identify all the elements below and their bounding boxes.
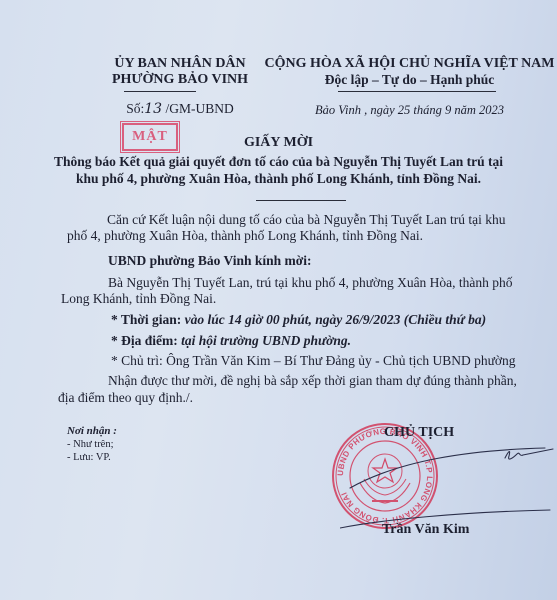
venue-value: tại hội trường UBND phường. (181, 333, 351, 348)
handwritten-signature-icon (340, 420, 557, 530)
basis-paragraph-line2: phố 4, phường Xuân Hòa, thành phố Long K… (67, 228, 423, 244)
invitee-line1: Bà Nguyễn Thị Tuyết Lan, trú tại khu phố… (108, 275, 513, 291)
invite-heading: UBND phường Bảo Vinh kính mời: (108, 253, 312, 269)
doc-number-handwritten: 13 (144, 101, 162, 117)
time-value: vào lúc 14 giờ 00 phút, ngày 26/9/2023 (… (185, 312, 486, 327)
national-title: CỘNG HÒA XÃ HỘI CHỦ NGHĨA VIỆT NAM (262, 56, 557, 72)
subject-line2: khu phố 4, phường Xuân Hòa, thành phố Lo… (0, 171, 557, 187)
doc-number-suffix: /GM-UBND (162, 101, 234, 116)
doc-number-prefix: Số: (126, 101, 144, 116)
document-title: GIẤY MỜI (0, 135, 557, 151)
recipient-item: - Như trên; (67, 439, 114, 450)
closing-line1: Nhận được thư mời, đề nghị bà sắp xếp th… (108, 373, 517, 389)
meeting-venue: * Địa điểm: tại hội trường UBND phường. (111, 333, 351, 349)
agency-name-line1: ỦY BAN NHÂN DÂN (80, 56, 280, 72)
invitee-line2: Long Khánh, tỉnh Đồng Nai. (61, 291, 216, 307)
subject-line1: Thông báo Kết quả giải quyết đơn tố cáo … (0, 154, 557, 170)
basis-paragraph-line1: Căn cứ Kết luận nội dung tố cáo của bà N… (107, 212, 506, 228)
invitation-document: ỦY BAN NHÂN DÂN PHƯỜNG BẢO VINH Số:13 /G… (0, 0, 557, 600)
agency-underline (124, 91, 196, 92)
venue-label: * Địa điểm: (111, 333, 181, 348)
signatory-name: Trần Văn Kim (382, 522, 469, 538)
national-motto: Độc lập – Tự do – Hạnh phúc (262, 72, 557, 88)
closing-line2: địa điểm theo quy định./. (58, 390, 193, 406)
agency-name-line2: PHƯỜNG BẢO VINH (80, 72, 280, 88)
motto-underline (338, 91, 496, 92)
recipients-label: Nơi nhận : (67, 425, 117, 437)
recipient-item: - Lưu: VP. (67, 452, 111, 463)
meeting-time: * Thời gian: vào lúc 14 giờ 00 phút, ngà… (111, 312, 486, 328)
place-and-date: Bảo Vinh , ngày 25 tháng 9 năm 2023 (262, 103, 557, 118)
time-label: * Thời gian: (111, 312, 185, 327)
document-number: Số:13 /GM-UBND (80, 101, 280, 117)
subject-underline (256, 200, 346, 201)
meeting-chair: * Chủ trì: Ông Trần Văn Kim – Bí Thư Đản… (111, 353, 516, 369)
